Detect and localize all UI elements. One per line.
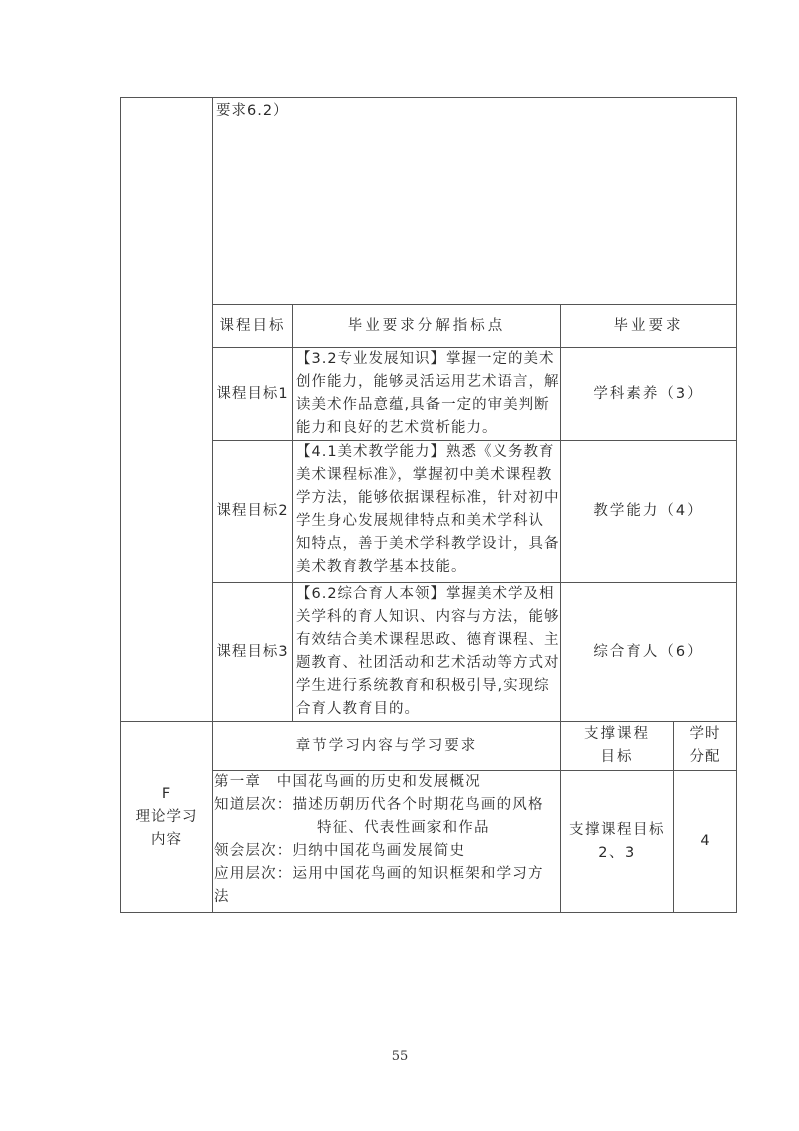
objective-1-label: 课程目标1 [213, 348, 292, 440]
header-hours-allocation: 学时 分配 [674, 722, 736, 770]
objective-2-indicator: 【4.1美术教学能力】熟悉《义务教育 美术课程标准》，掌握初中美术课程教 学方法… [293, 441, 560, 582]
continued-text-cell: 要求6.2） [213, 98, 736, 304]
table-border-right [736, 97, 737, 913]
section-f-label: F 理论学习 内容 [121, 722, 212, 912]
requirement-line: 知道层次：描述历朝历代各个时期花鸟画的风格 [214, 794, 560, 817]
header-supporting-objectives: 支撑课程 目标 [561, 722, 673, 770]
objective-3-requirement: 综合育人（6） [561, 583, 736, 721]
chapter-title: 第一章 中国花鸟画的历史和发展概况 [214, 771, 560, 794]
chapter-content: 第一章 中国花鸟画的历史和发展概况 知道层次：描述历朝历代各个时期花鸟画的风格 … [214, 771, 560, 912]
chapter-hours: 4 [674, 771, 736, 912]
objective-1-requirement: 学科素养（3） [561, 348, 736, 440]
document-page: 要求6.2） 课程目标 毕业要求分解指标点 毕业要求 课程目标1 【3.2专业发… [0, 0, 799, 1131]
header-chapter-content: 章节学习内容与学习要求 [213, 722, 560, 770]
requirement-line: 应用层次：运用中国花鸟画的知识框架和学习方 [214, 863, 560, 886]
requirement-line: 法 [214, 886, 560, 909]
continued-text: 要求6.2） [216, 103, 289, 119]
objective-3-label: 课程目标3 [213, 583, 292, 721]
objective-2-label: 课程目标2 [213, 441, 292, 582]
objective-3-indicator: 【6.2综合育人本领】掌握美术学及相 关学科的育人知识、内容与方法，能够 有效结… [293, 583, 560, 721]
header-indicator-points: 毕业要求分解指标点 [293, 305, 560, 347]
requirement-line: 领会层次：归纳中国花鸟画发展简史 [214, 840, 560, 863]
requirement-line: 特征、代表性画家和作品 [214, 817, 560, 840]
header-course-objective: 课程目标 [213, 305, 292, 347]
chapter-supporting-objectives: 支撑课程目标 2、3 [561, 771, 673, 912]
objective-2-requirement: 教学能力（4） [561, 441, 736, 582]
header-graduation-requirement: 毕业要求 [561, 305, 736, 347]
page-number: 55 [380, 1049, 420, 1064]
objective-1-indicator: 【3.2专业发展知识】掌握一定的美术 创作能力，能够灵活运用艺术语言，解 读美术… [293, 348, 560, 440]
